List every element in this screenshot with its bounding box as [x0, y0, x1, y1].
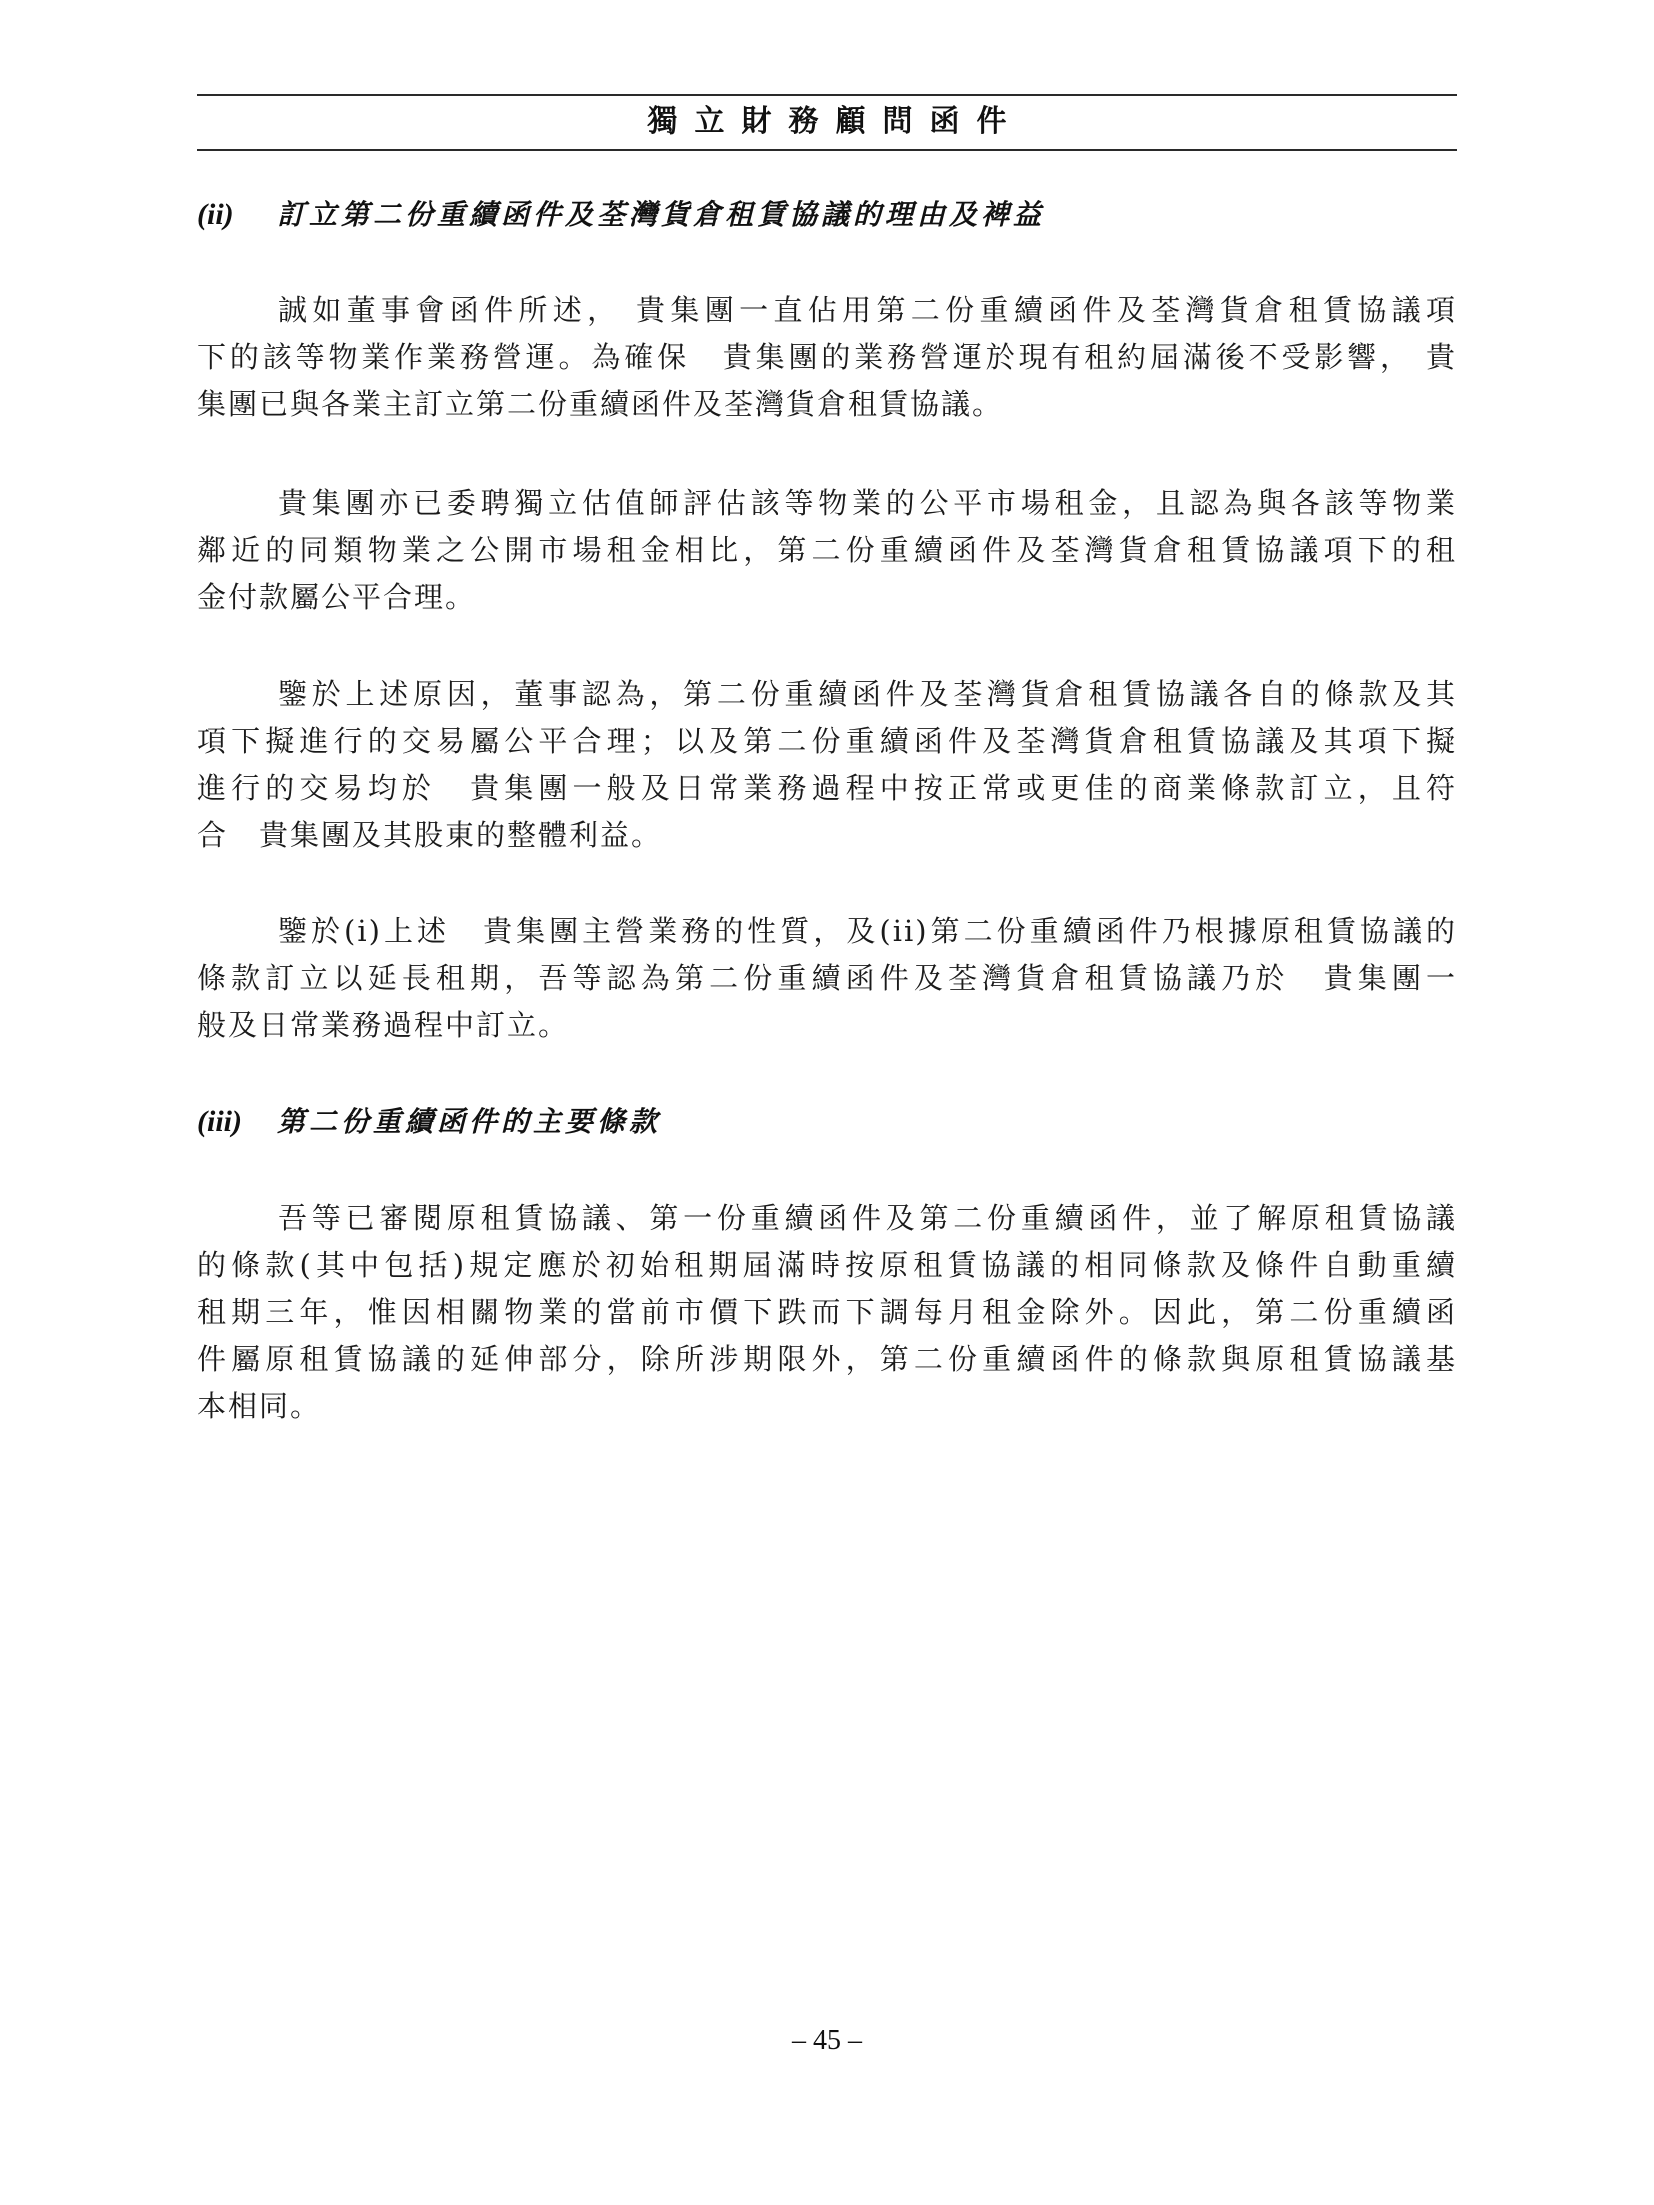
paragraph-line: 般及日常業務過程中訂立。 [197, 1005, 1457, 1045]
paragraph-line: 項下擬進行的交易屬公平合理；以及第二份重續函件及荃灣貨倉租賃協議及其項下擬 [197, 721, 1457, 761]
section-heading-ii: (ii)訂立第二份重續函件及荃灣貨倉租賃協議的理由及裨益 [197, 195, 1457, 235]
header-bottom-rule [197, 149, 1457, 151]
paragraph-line: 集團已與各業主訂立第二份重續函件及荃灣貨倉租賃協議。 [197, 384, 1457, 424]
document-page: 獨立財務顧問函件 (ii)訂立第二份重續函件及荃灣貨倉租賃協議的理由及裨益 誠如… [0, 0, 1654, 2205]
paragraph-line: 鑒於上述原因，董事認為，第二份重續函件及荃灣貨倉租賃協議各自的條款及其 [278, 674, 1457, 714]
paragraph-line: 鑒於(i)上述 貴集團主營業務的性質，及(ii)第二份重續函件乃根據原租賃協議的 [278, 911, 1457, 951]
section-title: 訂立第二份重續函件及荃灣貨倉租賃協議的理由及裨益 [277, 198, 1045, 231]
header-top-rule [197, 94, 1457, 96]
paragraph-line: 誠如董事會函件所述， 貴集團一直佔用第二份重續函件及荃灣貨倉租賃協議項 [278, 290, 1457, 330]
paragraph-line: 鄰近的同類物業之公開市場租金相比，第二份重續函件及荃灣貨倉租賃協議項下的租 [197, 530, 1457, 570]
paragraph-line: 金付款屬公平合理。 [197, 577, 1457, 617]
paragraph-line: 本相同。 [197, 1386, 1457, 1426]
paragraph-line: 的條款(其中包括)規定應於初始租期屆滿時按原租賃協議的相同條款及條件自動重續 [197, 1245, 1457, 1285]
page-header-title: 獨立財務顧問函件 [197, 100, 1457, 144]
paragraph-line: 條款訂立以延長租期，吾等認為第二份重續函件及荃灣貨倉租賃協議乃於 貴集團一 [197, 958, 1457, 998]
paragraph-line: 件屬原租賃協議的延伸部分，除所涉期限外，第二份重續函件的條款與原租賃協議基 [197, 1339, 1457, 1379]
paragraph-line: 進行的交易均於 貴集團一般及日常業務過程中按正常或更佳的商業條款訂立，且符 [197, 768, 1457, 808]
paragraph-line: 吾等已審閱原租賃協議、第一份重續函件及第二份重續函件，並了解原租賃協議 [278, 1198, 1457, 1238]
section-title: 第二份重續函件的主要條款 [277, 1105, 661, 1138]
section-heading-iii: (iii)第二份重續函件的主要條款 [197, 1102, 1457, 1142]
paragraph-line: 合 貴集團及其股東的整體利益。 [197, 815, 1457, 855]
page-number: – 45 – [197, 2024, 1457, 2058]
paragraph-line: 貴集團亦已委聘獨立估值師評估該等物業的公平市場租金，且認為與各該等物業 [278, 483, 1457, 523]
section-number: (iii) [197, 1102, 277, 1142]
paragraph-line: 租期三年，惟因相關物業的當前市價下跌而下調每月租金除外。因此，第二份重續函 [197, 1292, 1457, 1332]
section-number: (ii) [197, 195, 277, 235]
paragraph-line: 下的該等物業作業務營運。為確保 貴集團的業務營運於現有租約屆滿後不受影響， 貴 [197, 337, 1457, 377]
